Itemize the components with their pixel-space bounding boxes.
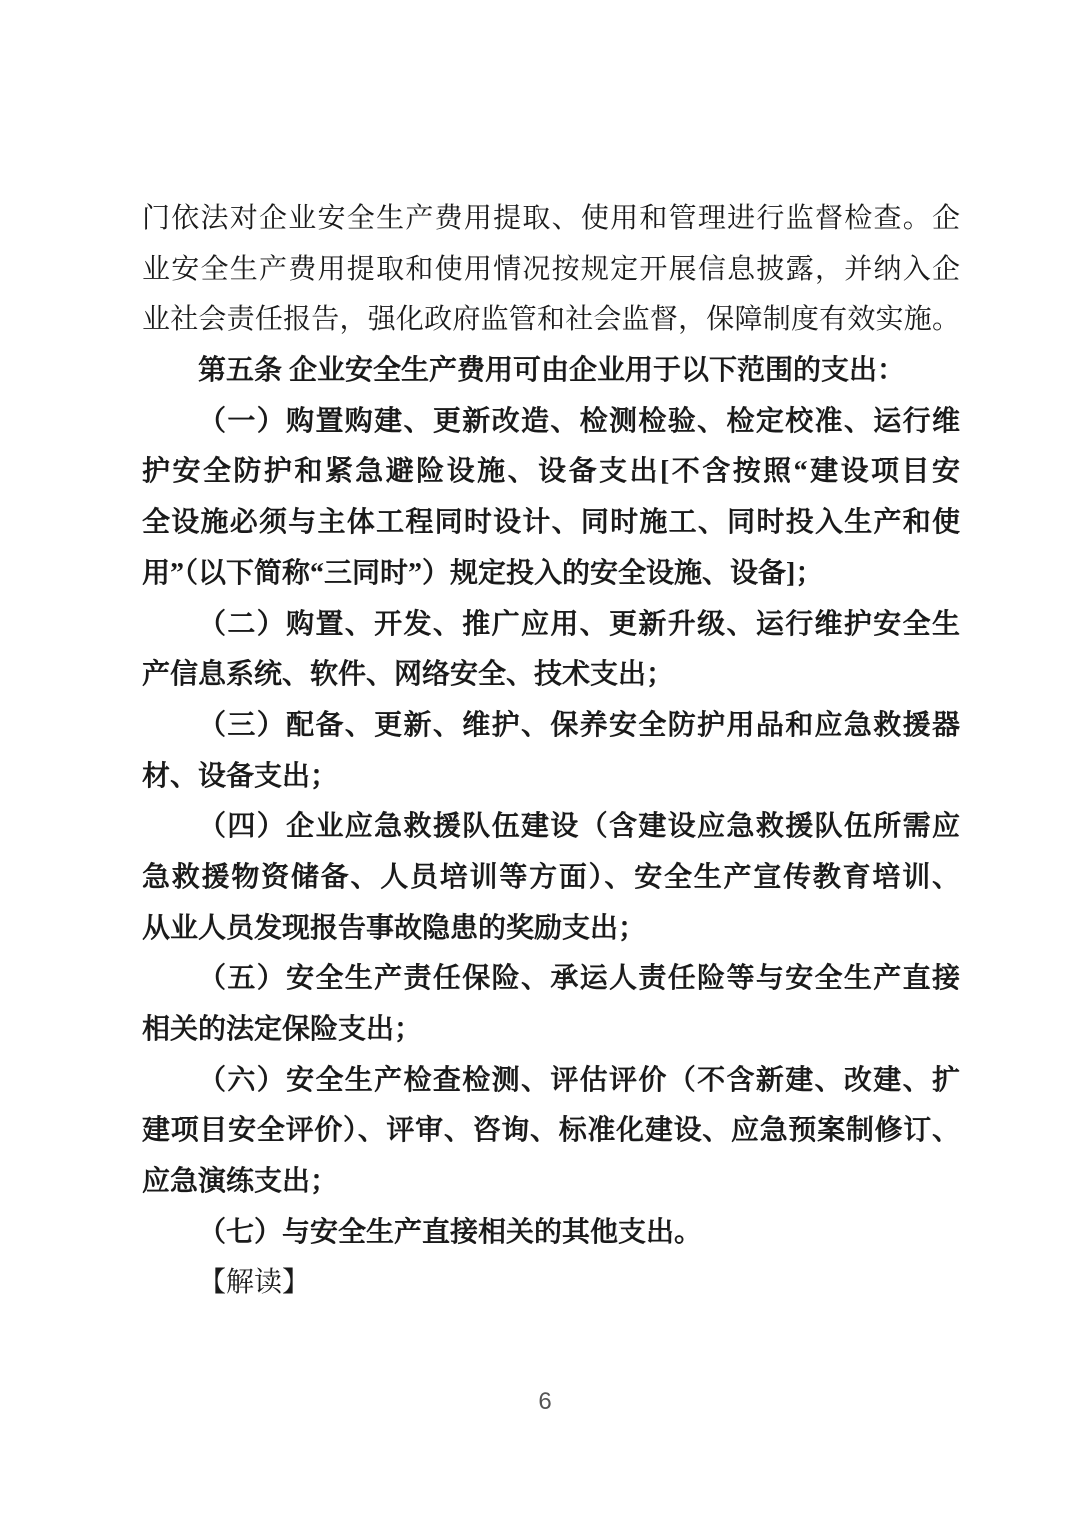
item-1-line: 护安全防护和紧急避险设施、设备支出[不含按照“建设项目安 (142, 447, 960, 498)
item-2-line: 产信息系统、软件、网络安全、技术支出； (142, 650, 960, 701)
body-paragraph-line: 门依法对企业安全生产费用提取、使用和管理进行监督检查。企 (142, 194, 960, 245)
body-paragraph-line: 业安全生产费用提取和使用情况按规定开展信息披露，并纳入企 (142, 245, 960, 296)
item-1-line: （一）购置购建、更新改造、检测检验、检定校准、运行维 (142, 397, 960, 448)
interpretation-label: 【解读】 (142, 1258, 960, 1309)
body-paragraph-line: 业社会责任报告，强化政府监管和社会监督，保障制度有效实施。 (142, 295, 960, 346)
item-3-line: （三）配备、更新、维护、保养安全防护用品和应急救援器 (142, 701, 960, 752)
item-7-line: （七）与安全生产直接相关的其他支出。 (142, 1208, 960, 1259)
item-6-line: 建项目安全评价）、评审、咨询、标准化建设、应急预案制修订、 (142, 1106, 960, 1157)
item-4-line: （四）企业应急救援队伍建设（含建设应急救援队伍所需应 (142, 802, 960, 853)
item-5-line: 相关的法定保险支出； (142, 1005, 960, 1056)
item-4-line: 急救援物资储备、人员培训等方面）、安全生产宣传教育培训、 (142, 853, 960, 904)
article-5-heading: 第五条 企业安全生产费用可由企业用于以下范围的支出： (142, 346, 960, 397)
item-6-line: （六）安全生产检查检测、评估评价（不含新建、改建、扩 (142, 1056, 960, 1107)
page-number: 6 (0, 1388, 1080, 1416)
item-4-line: 从业人员发现报告事故隐患的奖励支出； (142, 904, 960, 955)
item-3-line: 材、设备支出； (142, 752, 960, 803)
item-2-line: （二）购置、开发、推广应用、更新升级、运行维护安全生 (142, 600, 960, 651)
item-5-line: （五）安全生产责任保险、承运人责任险等与安全生产直接 (142, 954, 960, 1005)
document-body: 门依法对企业安全生产费用提取、使用和管理进行监督检查。企 业安全生产费用提取和使… (142, 194, 960, 1309)
item-1-line: 用”（以下简称“三同时”）规定投入的安全设施、设备]； (142, 549, 960, 600)
item-6-line: 应急演练支出； (142, 1157, 960, 1208)
item-1-line: 全设施必须与主体工程同时设计、同时施工、同时投入生产和使 (142, 498, 960, 549)
